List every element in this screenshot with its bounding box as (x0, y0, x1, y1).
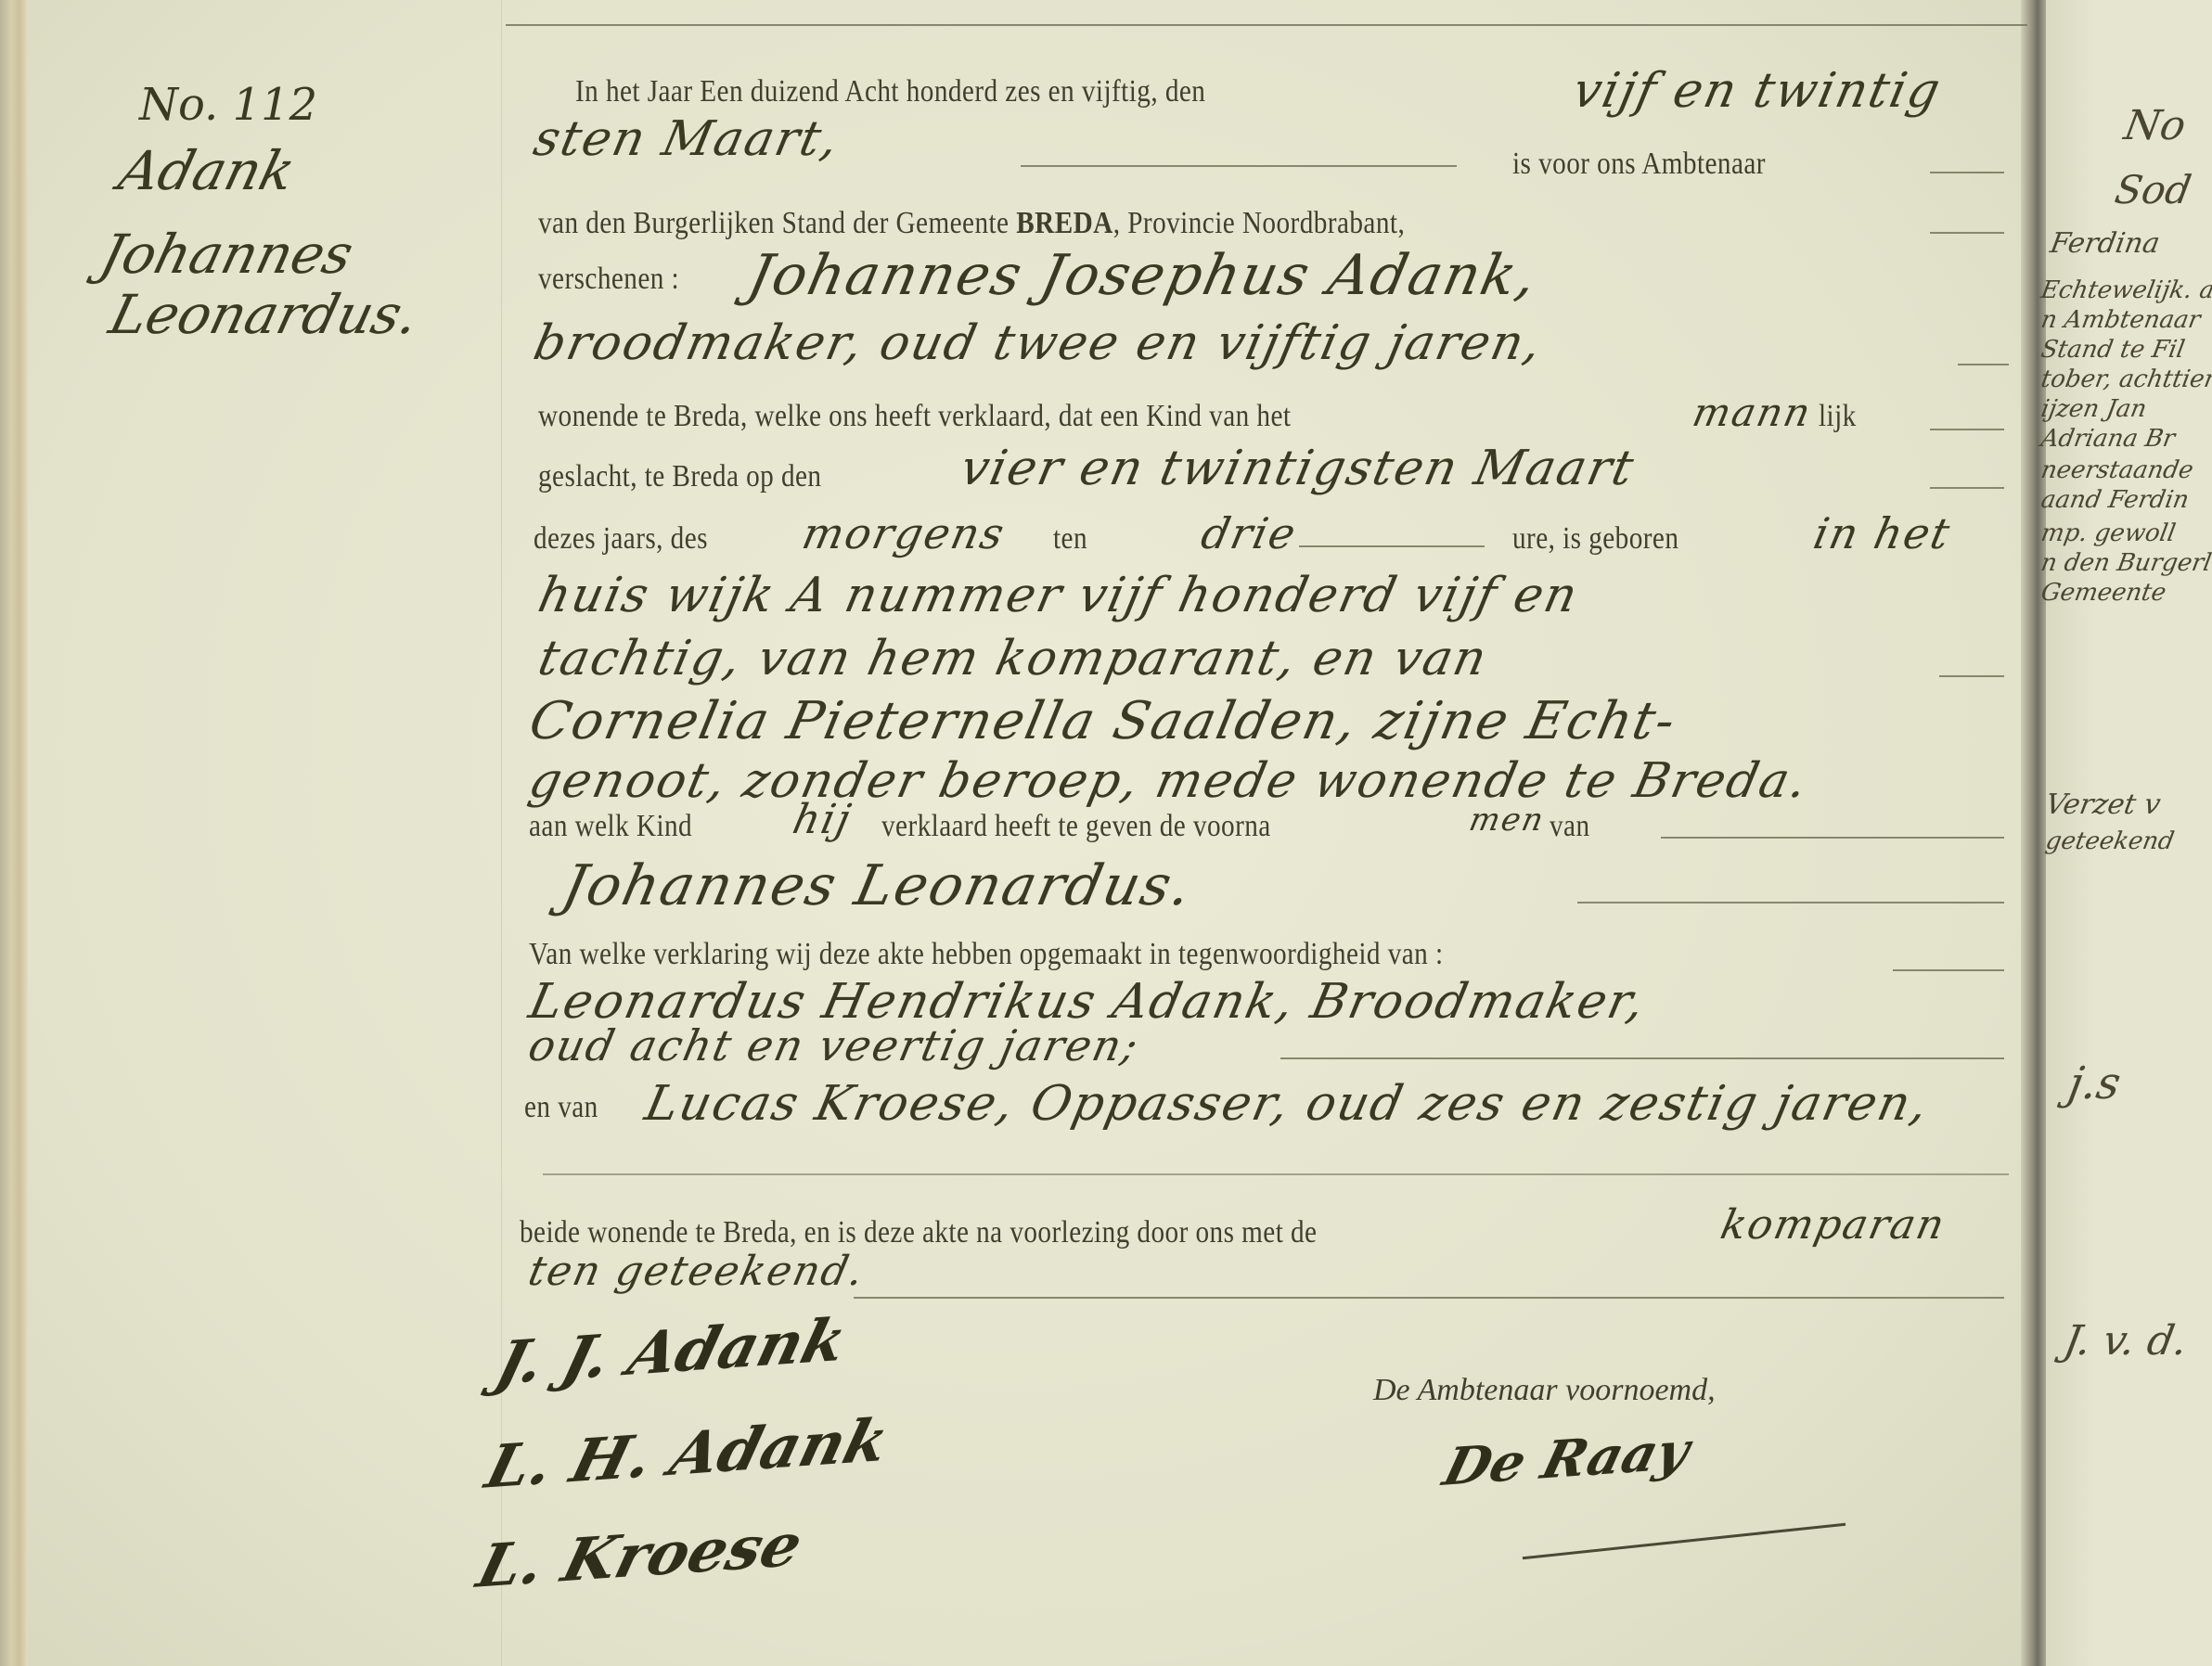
line-8-print-a: dezes jaars, des (534, 521, 708, 557)
right-fragment: Sod (2112, 167, 2195, 212)
line-13-hand: hij (789, 796, 856, 843)
line-14-rule (1577, 902, 2004, 903)
birth-place-1: huis wijk A nummer vijf honderd vijf en (534, 568, 1584, 623)
right-fragment: tober, achttien (2038, 365, 2212, 393)
line-8-print-c: ure, is geboren (1512, 521, 1678, 557)
line-1-hand: vijf en twintig (1568, 63, 1947, 119)
line-19-hand: komparan (1717, 1201, 1950, 1249)
right-fragment: ijzen Jan (2038, 395, 2148, 423)
line-4-print: verschenen : (538, 262, 679, 297)
mother-details: genoot, zonder beroep, mede wonende te B… (524, 753, 1814, 809)
margin-line (501, 0, 502, 1666)
line-18-print: en van (524, 1090, 598, 1125)
declarant-name: Johannes Josephus Adank, (742, 243, 1544, 308)
child-given-names: Johannes Leonardus. (557, 853, 1199, 918)
line-13-print-b: verklaard heeft te geven de voorna (881, 809, 1271, 844)
line-13-print-a: aan welk Kind (529, 809, 692, 844)
birth-place-2: tachtig, van hem komparant, en van (534, 631, 1493, 686)
line-6-print: wonende te Breda, welke ons heeft verkla… (538, 399, 1291, 434)
line-5-end-rule (1958, 364, 2009, 365)
right-fragment: aand Ferdin (2038, 486, 2191, 514)
line-17-rule (1280, 1057, 2004, 1059)
right-fragment: Adriana Br (2038, 425, 2177, 453)
book-edge (0, 0, 28, 1666)
line-3-print: van den Burgerlijken Stand der Gemeente … (538, 206, 1405, 241)
line-1-print: In het Jaar Een duizend Acht honderd zes… (575, 74, 1205, 109)
line-20-rule (854, 1297, 2004, 1299)
line-15-print: Van welke verklaring wij deze akte hebbe… (529, 937, 1444, 972)
right-page-number: No (2121, 102, 2190, 149)
line-2-end-rule (1930, 172, 2004, 173)
line-7-end-rule (1930, 487, 2004, 489)
line-3-end-rule (1930, 232, 2004, 234)
line-10-end-rule (1939, 675, 2004, 677)
witness-2: Lucas Kroese, Oppasser, oud zes en zesti… (640, 1076, 1935, 1132)
line-6-print-b: lijk (1819, 399, 1857, 434)
line-13-rule (1661, 837, 2004, 839)
right-fragment: Stand te Fil (2038, 336, 2186, 364)
witness-1-age: oud acht en veertig jaren; (524, 1020, 1144, 1070)
mother-name: Cornelia Pieternella Saalden, zijne Echt… (524, 691, 1682, 751)
book-gutter (2021, 0, 2049, 1666)
line-2-hand: sten Maart, (529, 111, 845, 167)
margin-surname: Adank (113, 139, 302, 202)
line-6-hand: mann (1689, 390, 1816, 435)
line-20-hand: ten geteekend. (524, 1248, 869, 1295)
right-fragment: Verzet v (2043, 788, 2163, 821)
official-label: De Ambtenaar voornoemd, (1373, 1373, 1716, 1408)
right-fragment: mp. gewoll (2038, 519, 2178, 547)
right-fragment: j.s (2064, 1057, 2125, 1109)
right-fragment: Echtewelijk. a (2038, 276, 2212, 304)
right-fragment: Gemeente (2038, 579, 2167, 607)
record-number: No. 112 (139, 79, 317, 131)
line-6-end-rule (1930, 429, 2004, 430)
right-fragment: Ferdina (2048, 227, 2162, 260)
right-fragment: n Ambtenaar (2038, 306, 2202, 334)
line-8-print-b: ten (1053, 521, 1087, 557)
line-8-rule (1299, 545, 1485, 547)
line-18-rule (543, 1173, 2009, 1175)
line-8-hand-c: in het (1809, 508, 1956, 558)
line-15-end-rule (1893, 969, 2004, 971)
birth-date: vier en twintigsten Maart (956, 441, 1640, 496)
margin-given-name-1: Johannes (95, 223, 360, 286)
line-2-print: is voor ons Ambtenaar (1512, 147, 1766, 182)
declarant-occupation-age: broodmaker, oud twee en vijftig jaren, (529, 315, 1548, 371)
right-fragment: geteekend (2043, 827, 2176, 855)
right-fragment: n den Burgerl (2038, 549, 2212, 577)
right-fragment: neerstaande (2038, 456, 2195, 484)
line-13-print-c: van (1550, 809, 1590, 844)
time-of-day: morgens (798, 508, 1010, 558)
margin-given-name-2: Leonardus. (104, 283, 426, 346)
line-7-print: geslacht, te Breda op den (538, 459, 821, 494)
right-fragment: J. v. d. (2061, 1317, 2192, 1365)
line-2-rule (1021, 165, 1457, 167)
top-rule (506, 24, 2027, 26)
line-19-print: beide wonende te Breda, en is deze akte … (520, 1215, 1317, 1250)
line-13-hand-b: men (1466, 801, 1549, 839)
city-name: BREDA (1016, 206, 1113, 240)
birth-hour: drie (1197, 508, 1302, 558)
